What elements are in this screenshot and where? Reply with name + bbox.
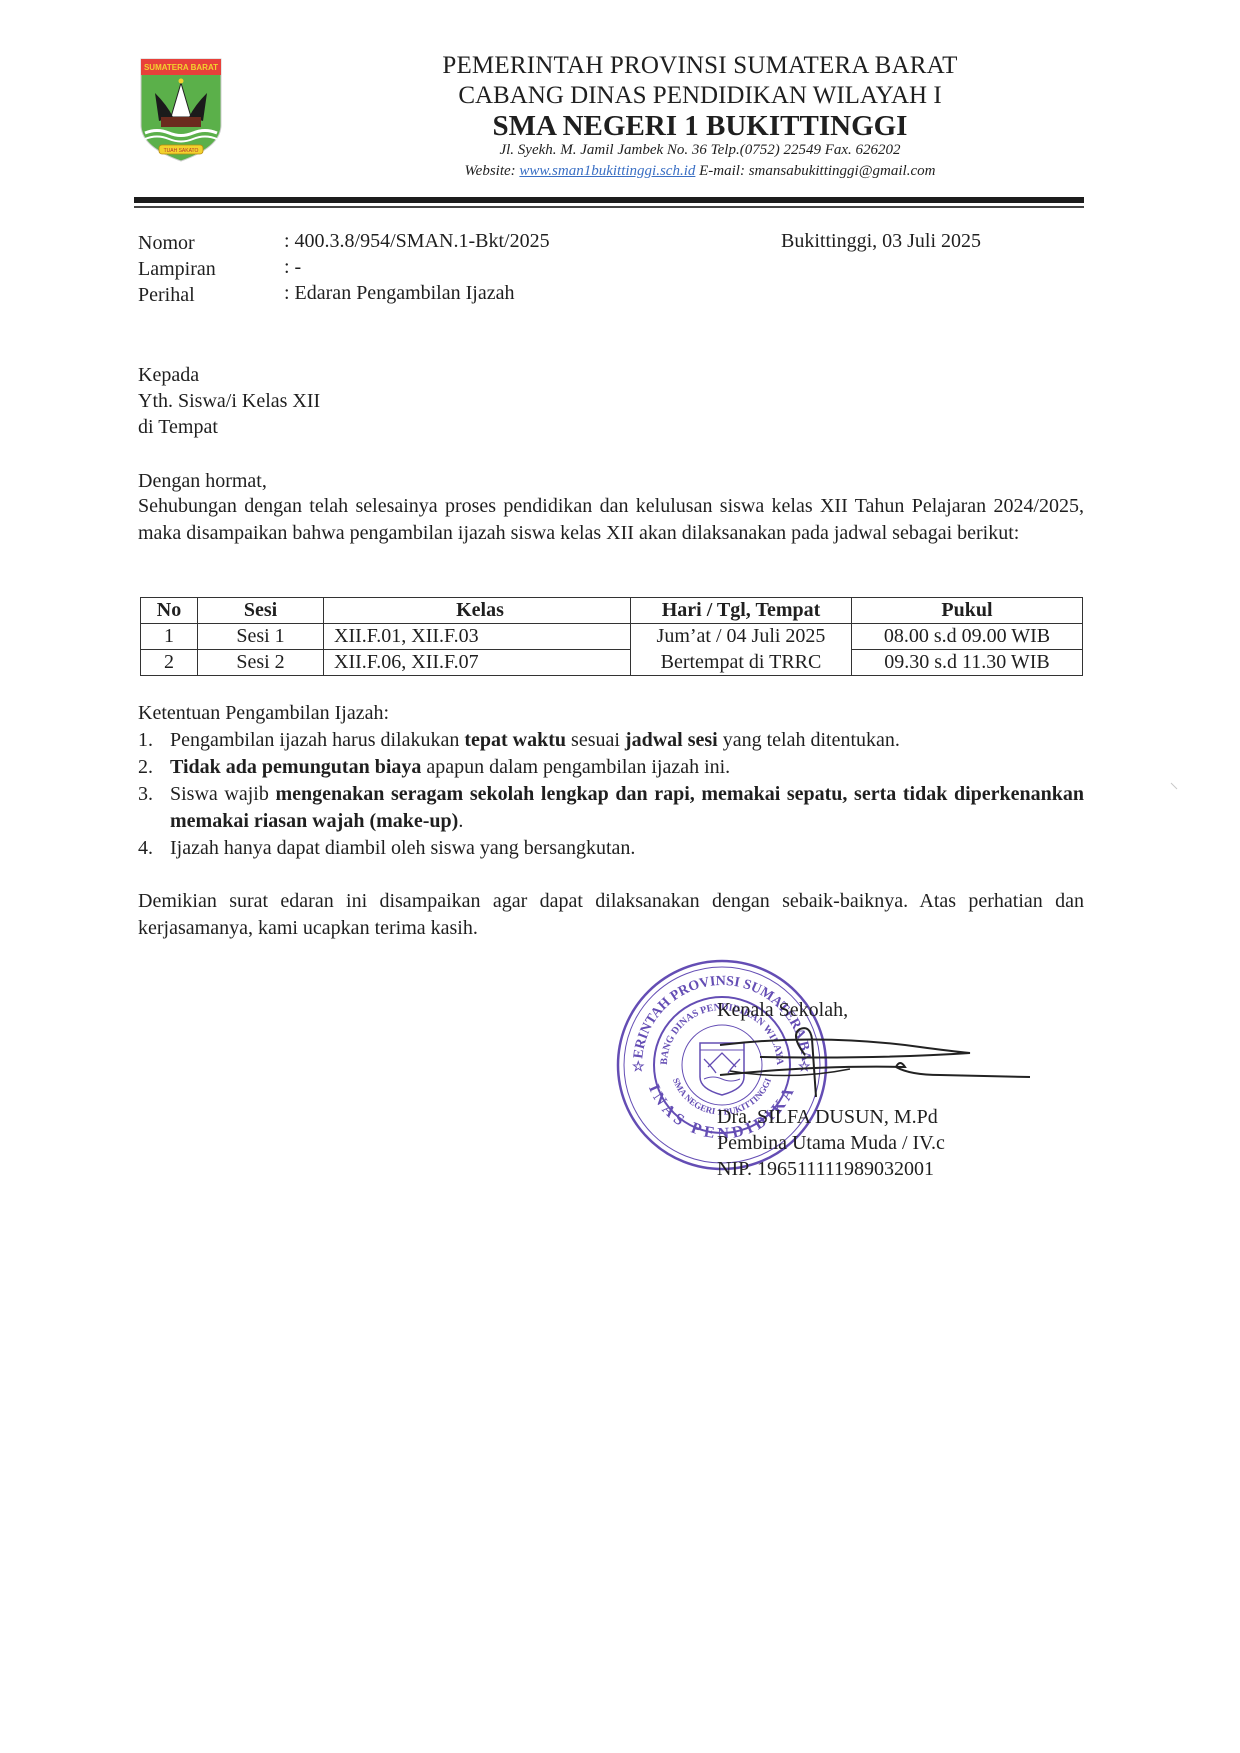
svg-text:TUAH SAKATO: TUAH SAKATO bbox=[164, 148, 199, 154]
rule-text: sesuai bbox=[566, 729, 625, 751]
rule-item: 1.Pengambilan ijazah harus dilakukan tep… bbox=[138, 727, 1084, 754]
cell-tempat: Bertempat di TRRC bbox=[631, 650, 852, 676]
school-name: SMA NEGERI 1 BUKITTINGGI bbox=[300, 110, 1100, 143]
rule-number: 1. bbox=[138, 727, 153, 754]
schedule-table: No Sesi Kelas Hari / Tgl, Tempat Pukul 1… bbox=[140, 597, 1083, 676]
header-pukul: Pukul bbox=[852, 598, 1083, 624]
svg-text:SUMATERA BARAT: SUMATERA BARAT bbox=[144, 63, 218, 72]
rule-number: 4. bbox=[138, 835, 153, 862]
lampiran-value: : - bbox=[284, 254, 301, 280]
rule-item: 4.Ijazah hanya dapat diambil oleh siswa … bbox=[138, 835, 1084, 862]
cell-no: 1 bbox=[141, 624, 198, 650]
recipient-line1: Kepada bbox=[138, 362, 199, 388]
rule-text: yang telah ditentukan. bbox=[718, 729, 900, 751]
header-hari: Hari / Tgl, Tempat bbox=[631, 598, 852, 624]
letterhead-divider bbox=[134, 197, 1084, 203]
nomor-value: : 400.3.8/954/SMAN.1-Bkt/2025 bbox=[284, 228, 550, 254]
nomor-label: Nomor bbox=[138, 230, 195, 256]
perihal-value: : Edaran Pengambilan Ijazah bbox=[284, 280, 514, 306]
cell-pukul: 08.00 s.d 09.00 WIB bbox=[852, 624, 1083, 650]
email-label: E-mail: bbox=[699, 163, 745, 179]
handwritten-signature bbox=[700, 1025, 1040, 1105]
agency-name: CABANG DINAS PENDIDIKAN WILAYAH I bbox=[300, 82, 1100, 110]
signer-title: Kepala Sekolah, bbox=[717, 997, 848, 1023]
cell-no: 2 bbox=[141, 650, 198, 676]
rule-text: Pengambilan ijazah harus dilakukan bbox=[170, 729, 464, 751]
header-no: No bbox=[141, 598, 198, 624]
lampiran-label: Lampiran bbox=[138, 256, 216, 282]
rule-emphasis: Tidak ada pemungutan biaya bbox=[170, 756, 421, 778]
cell-pukul: 09.30 s.d 11.30 WIB bbox=[852, 650, 1083, 676]
cell-sesi: Sesi 2 bbox=[198, 650, 324, 676]
header-kelas: Kelas bbox=[324, 598, 631, 624]
rules-title: Ketentuan Pengambilan Ijazah: bbox=[138, 700, 389, 726]
cell-hari: Jum’at / 04 Juli 2025 bbox=[631, 624, 852, 650]
rule-number: 3. bbox=[138, 781, 153, 808]
table-row: 2 Sesi 2 XII.F.06, XII.F.07 Bertempat di… bbox=[141, 650, 1083, 676]
rule-text: Siswa wajib bbox=[170, 783, 275, 805]
recipient-line3: di Tempat bbox=[138, 414, 218, 440]
rule-emphasis: tepat waktu bbox=[464, 729, 566, 751]
rule-emphasis: mengenakan seragam sekolah lengkap dan r… bbox=[170, 783, 1084, 832]
signer-name: Dra. SILFA DUSUN, M.Pd bbox=[717, 1104, 938, 1130]
province-logo: SUMATERA BARAT TUAH SAKATO bbox=[137, 55, 225, 163]
place-date: Bukittinggi, 03 Juli 2025 bbox=[781, 228, 981, 254]
rule-emphasis: jadwal sesi bbox=[625, 729, 718, 751]
rule-text: apapun dalam pengambilan ijazah ini. bbox=[421, 756, 730, 778]
cell-sesi: Sesi 1 bbox=[198, 624, 324, 650]
rule-number: 2. bbox=[138, 754, 153, 781]
government-name: PEMERINTAH PROVINSI SUMATERA BARAT bbox=[300, 52, 1100, 80]
rules-list: 1.Pengambilan ijazah harus dilakukan tep… bbox=[138, 727, 1084, 862]
scan-artifact bbox=[1170, 782, 1178, 790]
letterhead-divider-thin bbox=[134, 206, 1084, 208]
email-address: smansabukittinggi@gmail.com bbox=[749, 163, 936, 179]
school-contact: Website: www.sman1bukittinggi.sch.id E-m… bbox=[300, 163, 1100, 180]
closing-paragraph: Demikian surat edaran ini disampaikan ag… bbox=[138, 888, 1084, 942]
rule-text: . bbox=[458, 810, 463, 832]
table-header-row: No Sesi Kelas Hari / Tgl, Tempat Pukul bbox=[141, 598, 1083, 624]
website-label: Website: bbox=[465, 163, 516, 179]
cell-kelas: XII.F.01, XII.F.03 bbox=[324, 624, 631, 650]
rule-item: 3.Siswa wajib mengenakan seragam sekolah… bbox=[138, 781, 1084, 835]
stamp-star-icon: ☆ bbox=[632, 1059, 645, 1075]
rule-text: Ijazah hanya dapat diambil oleh siswa ya… bbox=[170, 837, 635, 859]
signer-rank: Pembina Utama Muda / IV.c bbox=[717, 1130, 945, 1156]
table-row: 1 Sesi 1 XII.F.01, XII.F.03 Jum’at / 04 … bbox=[141, 624, 1083, 650]
cell-kelas: XII.F.06, XII.F.07 bbox=[324, 650, 631, 676]
signer-nip: NIP. 196511111989032001 bbox=[717, 1156, 934, 1182]
rule-item: 2.Tidak ada pemungutan biaya apapun dala… bbox=[138, 754, 1084, 781]
school-address: Jl. Syekh. M. Jamil Jambek No. 36 Telp.(… bbox=[300, 142, 1100, 159]
intro-paragraph: Sehubungan dengan telah selesainya prose… bbox=[138, 493, 1084, 547]
header-sesi: Sesi bbox=[198, 598, 324, 624]
website-link[interactable]: www.sman1bukittinggi.sch.id bbox=[519, 163, 695, 179]
greeting: Dengan hormat, bbox=[138, 468, 267, 494]
recipient-line2: Yth. Siswa/i Kelas XII bbox=[138, 388, 320, 414]
perihal-label: Perihal bbox=[138, 282, 195, 308]
